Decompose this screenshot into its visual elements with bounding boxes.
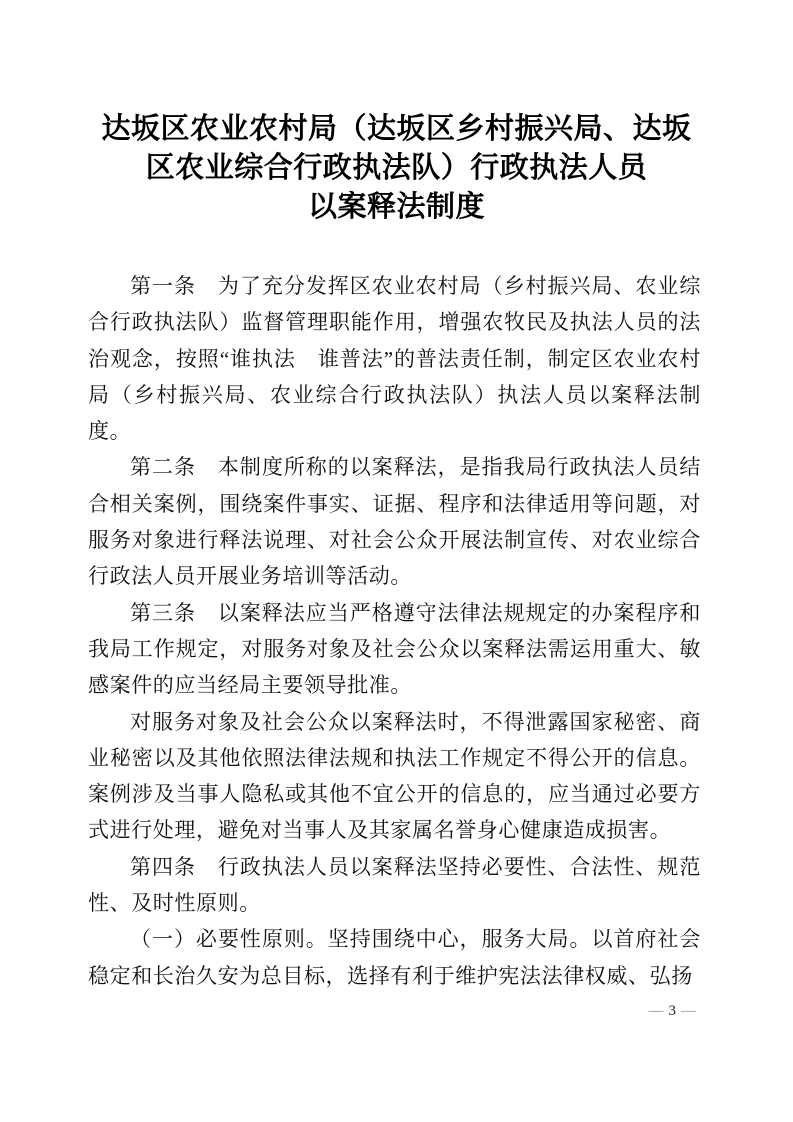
- title-line-2: 区农业综合行政执法队）行政执法人员: [70, 149, 723, 188]
- title-line-3: 以案释法制度: [70, 188, 723, 227]
- paragraph-article-3-continued: 对服务对象及社会公众以案释法时，不得泄露国家秘密、商业秘密以及其他依照法律法规和…: [88, 704, 701, 849]
- page-number: —3—: [645, 1001, 702, 1021]
- paragraph-article-3: 第三条 以案释法应当严格遵守法律法规规定的办案程序和我局工作规定，对服务对象及社…: [88, 595, 701, 704]
- paragraph-article-2: 第二条 本制度所称的以案释法，是指我局行政执法人员结合相关案例，围绕案件事实、证…: [88, 449, 701, 594]
- page-number-dash-right: —: [677, 1003, 701, 1019]
- paragraph-item-1: （一）必要性原则。坚持围绕中心，服务大局。以首府社会稳定和长治久安为总目标，选择…: [88, 921, 701, 994]
- page-number-dash-left: —: [645, 1003, 669, 1019]
- document-body: 第一条 为了充分发挥区农业农村局（乡村振兴局、农业综合行政执法队）监督管理职能作…: [88, 268, 701, 994]
- paragraph-article-1: 第一条 为了充分发挥区农业农村局（乡村振兴局、农业综合行政执法队）监督管理职能作…: [88, 268, 701, 449]
- page-number-value: 3: [669, 1003, 678, 1019]
- title-line-1: 达坂区农业农村局（达坂区乡村振兴局、达坂: [70, 110, 723, 149]
- document-page: 达坂区农业农村局（达坂区乡村振兴局、达坂 区农业综合行政执法队）行政执法人员 以…: [0, 0, 793, 1122]
- paragraph-article-4: 第四条 行政执法人员以案释法坚持必要性、合法性、规范性、及时性原则。: [88, 849, 701, 922]
- document-title: 达坂区农业农村局（达坂区乡村振兴局、达坂 区农业综合行政执法队）行政执法人员 以…: [0, 0, 793, 227]
